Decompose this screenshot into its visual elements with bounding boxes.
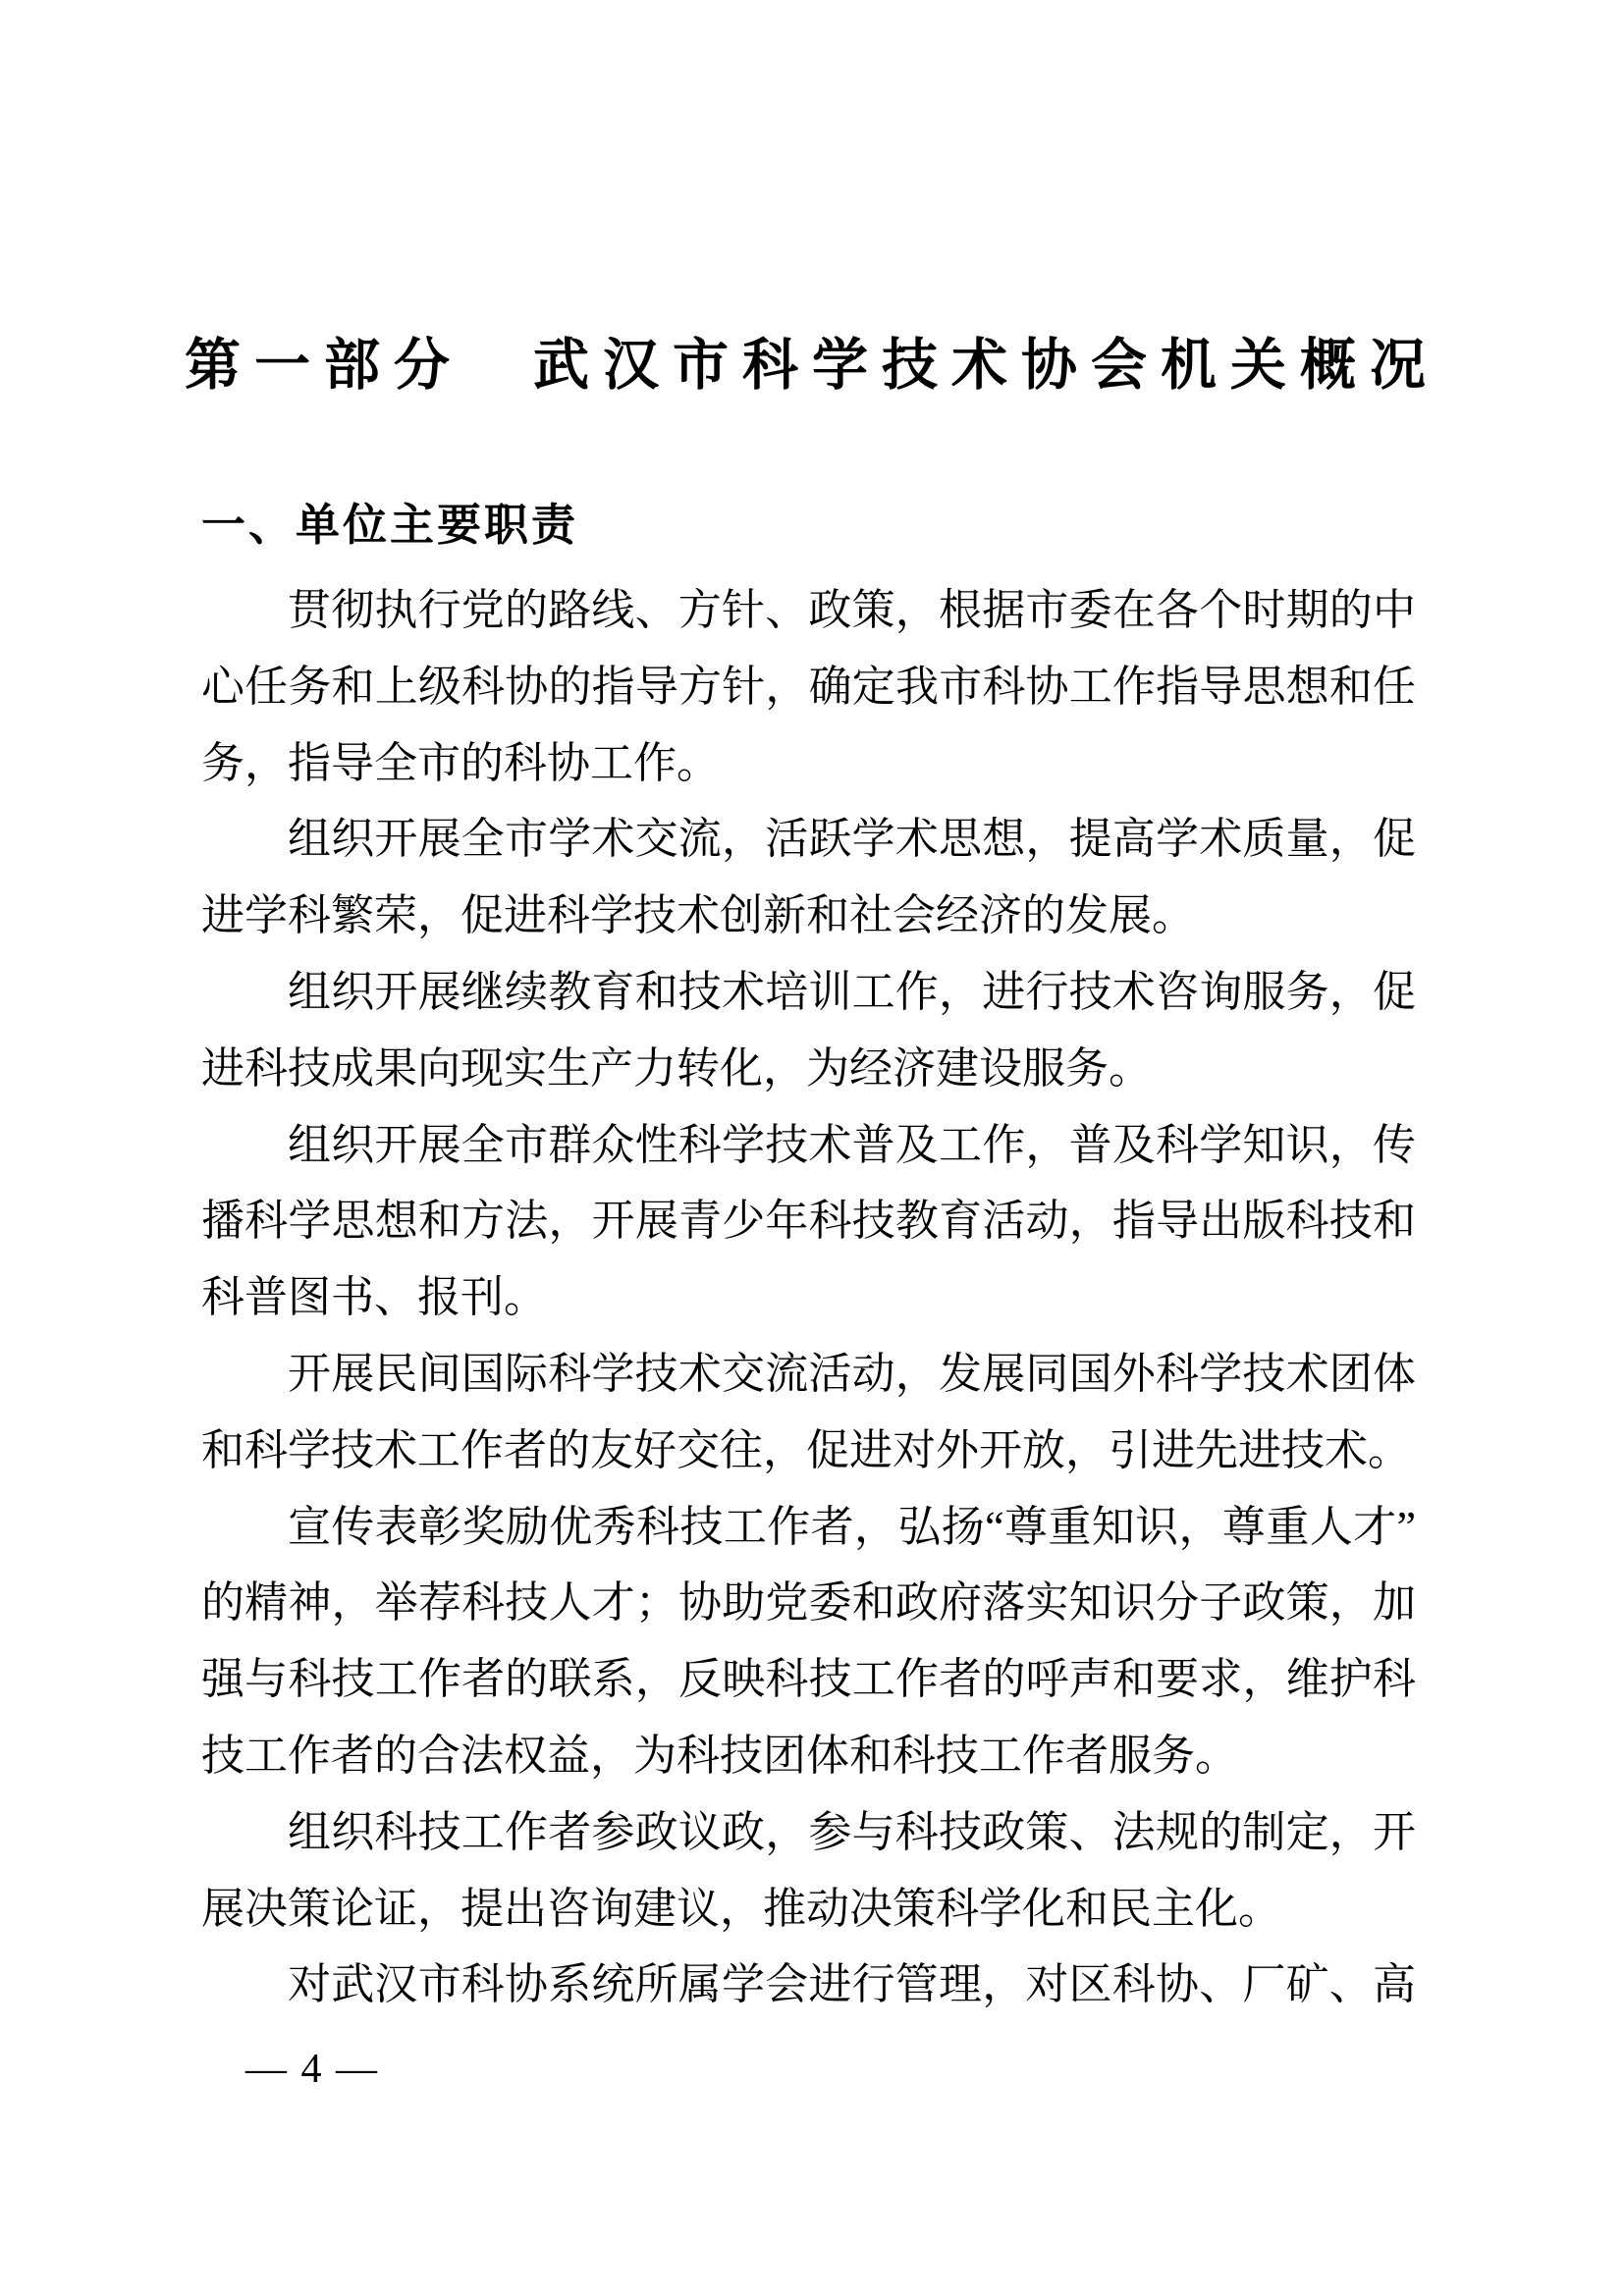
body-line: 进学科繁荣，促进科学技术创新和社会经济的发展。 bbox=[201, 878, 1416, 954]
body-line: 组织开展继续教育和技术培训工作，进行技术咨询服务，促 bbox=[201, 954, 1416, 1031]
section-heading: 一、单位主要职责 bbox=[201, 495, 578, 556]
body-line: 的精神，举荐科技人才；协助党委和政府落实知识分子政策，加 bbox=[201, 1565, 1416, 1641]
body-line: 组织科技工作者参政议政，参与科技政策、法规的制定，开 bbox=[201, 1794, 1416, 1871]
body-line: 和科学技术工作者的友好交往，促进对外开放，引进先进技术。 bbox=[201, 1413, 1416, 1489]
body-line: 科普图书、报刊。 bbox=[201, 1259, 1416, 1336]
body-text: 贯彻执行党的路线、方针、政策，根据市委在各个时期的中 心任务和上级科协的指导方针… bbox=[201, 572, 1416, 2023]
body-line: 组织开展全市群众性科学技术普及工作，普及科学知识，传 bbox=[201, 1107, 1416, 1184]
body-line: 播科学思想和方法，开展青少年科技教育活动，指导出版科技和 bbox=[201, 1183, 1416, 1259]
body-line: 贯彻执行党的路线、方针、政策，根据市委在各个时期的中 bbox=[201, 572, 1416, 649]
body-line: 强与科技工作者的联系，反映科技工作者的呼声和要求，维护科 bbox=[201, 1641, 1416, 1718]
body-line: 开展民间国际科学技术交流活动，发展同国外科学技术团体 bbox=[201, 1336, 1416, 1413]
body-line: 进科技成果向现实生产力转化，为经济建设服务。 bbox=[201, 1031, 1416, 1107]
body-line: 对武汉市科协系统所属学会进行管理，对区科协、厂矿、高 bbox=[201, 1947, 1416, 2023]
document-page: 第一部分 武汉市科学技术协会机关概况 一、单位主要职责 贯彻执行党的路线、方针、… bbox=[0, 0, 1624, 2296]
body-line: 心任务和上级科协的指导方针，确定我市科协工作指导思想和任 bbox=[201, 649, 1416, 725]
body-line: 宣传表彰奖励优秀科技工作者，弘扬“尊重知识，尊重人才” bbox=[201, 1489, 1416, 1566]
body-line: 务，指导全市的科协工作。 bbox=[201, 725, 1416, 802]
page-number: — 4 — bbox=[245, 2045, 379, 2094]
body-line: 展决策论证，提出咨询建议，推动决策科学化和民主化。 bbox=[201, 1871, 1416, 1948]
body-line: 组织开展全市学术交流，活跃学术思想，提高学术质量，促 bbox=[201, 801, 1416, 878]
document-title: 第一部分 武汉市科学技术协会机关概况 bbox=[0, 327, 1624, 405]
body-line: 技工作者的合法权益，为科技团体和科技工作者服务。 bbox=[201, 1718, 1416, 1794]
